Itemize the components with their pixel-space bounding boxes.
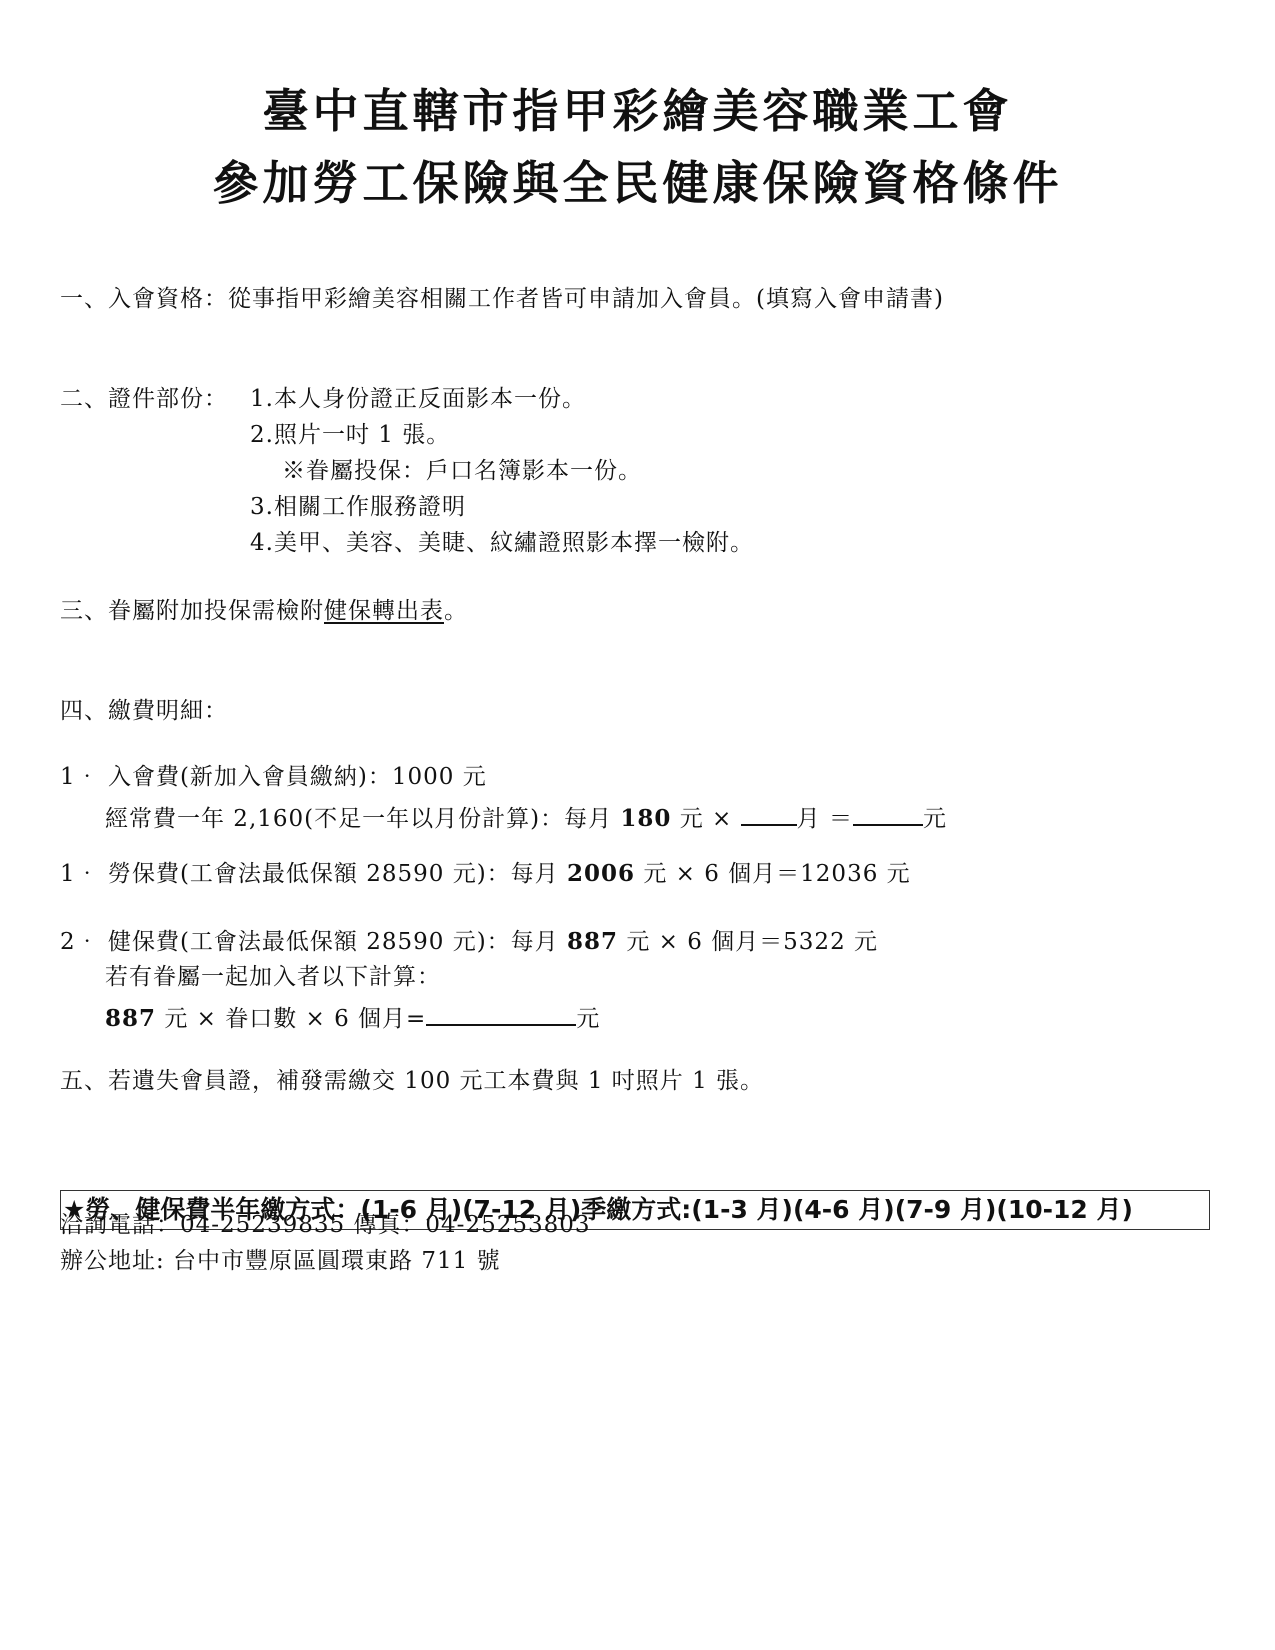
document-item: 3.相關工作服務證明 — [250, 496, 466, 519]
fee-details-heading: 四、繳費明細： — [60, 700, 228, 723]
labor-insurance-fee: 1‧ 勞保費(工會法最低保額 28590 元)：每月 2006 元 × 6 個月… — [60, 862, 911, 886]
document-item: 2.照片一吋 1 張。 — [250, 424, 450, 447]
dependent-requirement-text: 三、眷屬附加投保需檢附 — [60, 598, 324, 624]
health-fee-amount: 887 — [567, 928, 618, 955]
health-fee-total: 元 × 6 個月＝5322 元 — [618, 929, 878, 955]
labor-fee-text: 1‧ 勞保費(工會法最低保額 28590 元)：每月 — [60, 861, 567, 887]
months-blank[interactable] — [741, 802, 797, 826]
unit: 元 — [576, 1006, 600, 1032]
labor-fee-amount: 2006 — [567, 860, 635, 887]
office-address: 辦公地址: 台中市豐原區圓環東路 711 號 — [60, 1250, 501, 1273]
document-item: 4.美甲、美容、美睫、紋繡證照影本擇一檢附。 — [250, 532, 754, 555]
document-note: ※眷屬投保：戶口名簿影本一份。 — [282, 460, 642, 483]
unit: 元 — [923, 806, 947, 832]
document-item: 1.本人身份證正反面影本一份。 — [250, 388, 586, 411]
entrance-fee: 1‧ 入會費(新加入會員繳納)：1000 元 — [60, 766, 487, 789]
contact-phone: 洽詢電話：04-25239835 傳真：04-25253803 — [60, 1214, 591, 1237]
health-insurance-fee: 2‧ 健保費(工會法最低保額 28590 元)：每月 887 元 × 6 個月＝… — [60, 930, 878, 954]
health-fee-text: 2‧ 健保費(工會法最低保額 28590 元)：每月 — [60, 929, 567, 955]
dependent-calc-note: 若有眷屬一起加入者以下計算： — [105, 966, 441, 989]
page-title: 臺中直轄市指甲彩繪美容職業工會 — [0, 88, 1275, 134]
month-label: 月 ＝ — [797, 806, 853, 832]
lost-card-notice: 五、若遺失會員證，補發需繳交 100 元工本費與 1 吋照片 1 張。 — [60, 1070, 764, 1093]
multiply: 元 × — [671, 806, 740, 832]
labor-fee-total: 元 × 6 個月＝12036 元 — [635, 861, 911, 887]
health-insurance-transfer-form-link[interactable]: 健保轉出表 — [324, 598, 444, 624]
total-blank[interactable] — [853, 802, 923, 826]
documents-label: 二、證件部份： — [60, 388, 228, 411]
regular-fee-amount: 180 — [620, 805, 671, 832]
page-subtitle: 參加勞工保險與全民健康保險資格條件 — [0, 160, 1275, 206]
dependent-fee-amount: 887 — [105, 1005, 156, 1032]
membership-qualification: 一、入會資格：從事指甲彩繪美容相關工作者皆可申請加入會員。(填寫入會申請書) — [60, 288, 944, 311]
regular-fee-text: 經常費一年 2,160(不足一年以月份計算)：每月 — [105, 806, 620, 832]
regular-fee: 經常費一年 2,160(不足一年以月份計算)：每月 180 元 × 月 ＝元 — [105, 802, 947, 831]
dependent-total-blank[interactable] — [426, 1002, 576, 1026]
dependent-requirement: 三、眷屬附加投保需檢附健保轉出表。 — [60, 600, 468, 623]
dependent-calc-text: 元 × 眷口數 × 6 個月= — [156, 1006, 426, 1032]
dependent-calc: 887 元 × 眷口數 × 6 個月=元 — [105, 1002, 600, 1031]
period: 。 — [444, 598, 468, 624]
